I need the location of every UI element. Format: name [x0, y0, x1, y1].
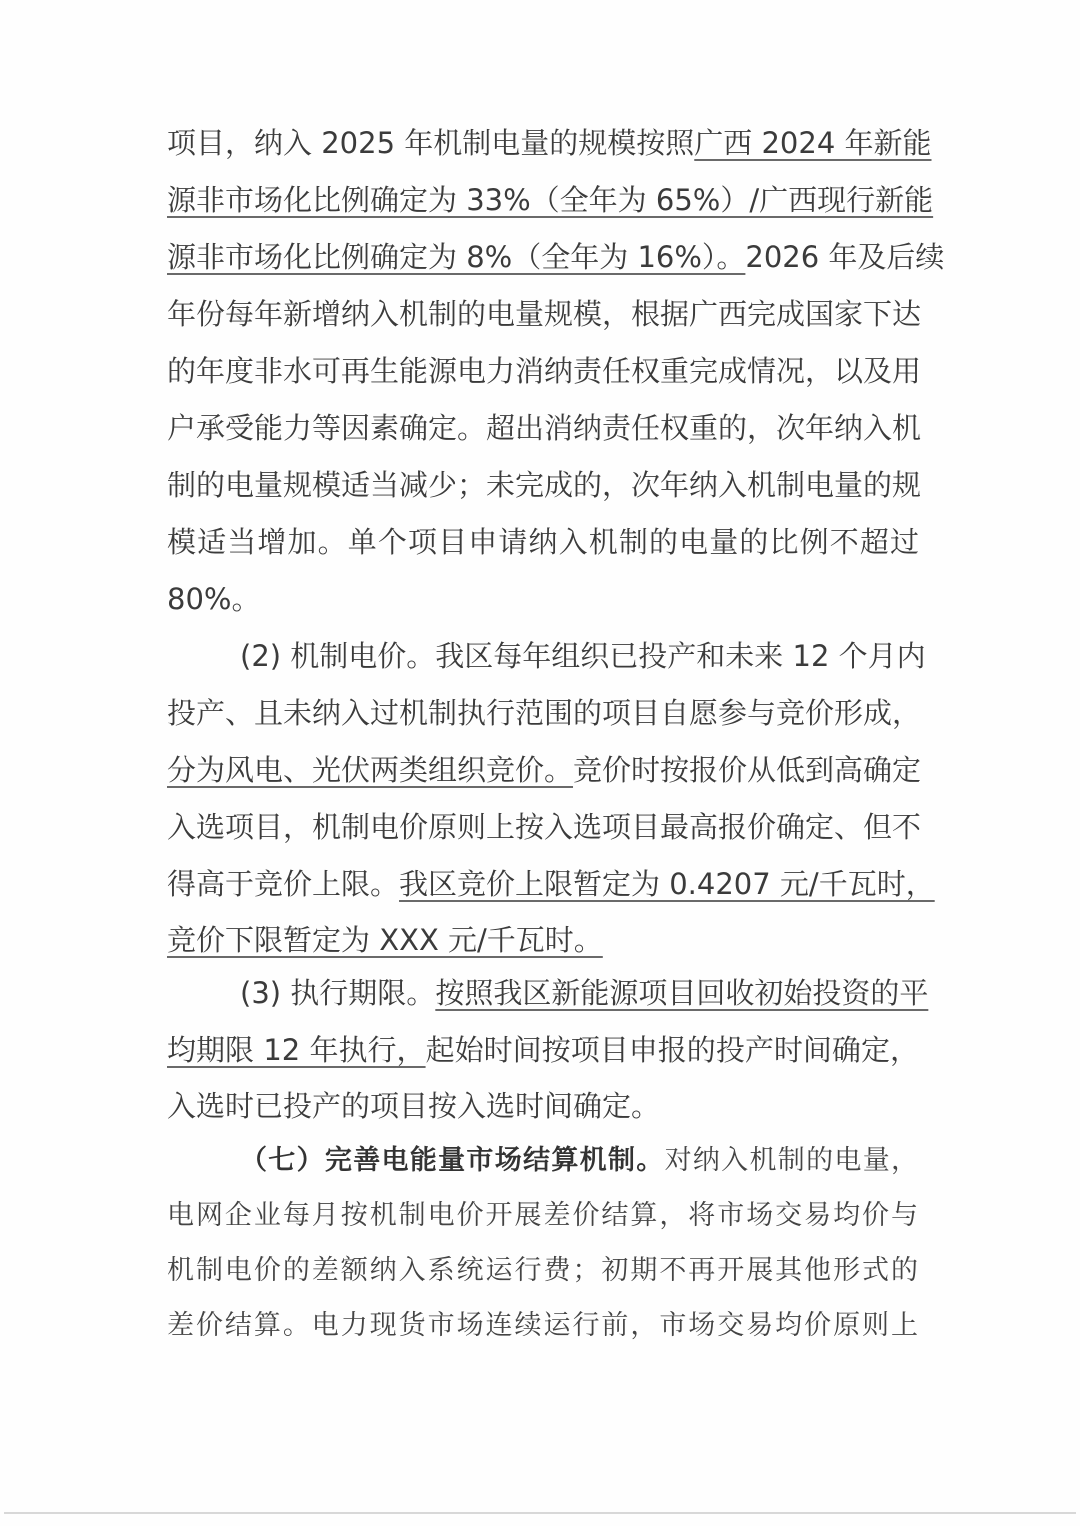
text-segment: 2026 年及后续 — [745, 240, 944, 274]
text-segment: 竞价时按报价从低到高确定 — [573, 753, 921, 787]
text-line-7: 制的电量规模适当减少；未完成的，次年纳入机制电量的规 — [167, 465, 919, 505]
underlined-text: 广西 2024 年新能 — [694, 126, 931, 160]
text-segment: (3) 执行期限。 — [240, 976, 435, 1010]
text-segment: 机制电价的差额纳入系统运行费；初期不再开展其他形式的 — [167, 1255, 919, 1286]
underlined-text: 均期限 12 年执行， — [167, 1033, 426, 1067]
text-line-17: 均期限 12 年执行，起始时间按项目申报的投产时间确定， — [167, 1030, 919, 1070]
text-line-2: 源非市场化比例确定为 33%（全年为 65%）/广西现行新能 — [167, 180, 919, 220]
text-line-11: 投产、且未纳入过机制执行范围的项目自愿参与竞价形成， — [167, 693, 919, 733]
text-line-3: 源非市场化比例确定为 8%（全年为 16%）。2026 年及后续 — [167, 237, 919, 277]
text-segment: 模适当增加。单个项目申请纳入机制的电量的比例不超过 — [167, 525, 919, 559]
text-line-22: 差价结算。电力现货市场连续运行前，市场交易均价原则上 — [167, 1306, 919, 1346]
text-line-9: 80%。 — [167, 579, 919, 619]
text-segment: 户承受能力等因素确定。超出消纳责任权重的，次年纳入机 — [167, 411, 921, 445]
text-line-15: 竞价下限暂定为 XXX 元/千瓦时。 — [167, 920, 919, 960]
section-3-heading-line: (3) 执行期限。按照我区新能源项目回收初始投资的平 — [240, 973, 919, 1013]
section-heading: （七）完善电能量市场结算机制。 — [240, 1145, 665, 1176]
text-segment: 起始时间按项目申报的投产时间确定， — [426, 1033, 919, 1067]
text-segment: 项目，纳入 2025 年机制电量的规模按照 — [167, 126, 694, 160]
underlined-text: 按照我区新能源项目回收初始投资的平 — [435, 976, 928, 1010]
text-segment: (2) 机制电价。我区每年组织已投产和未来 12 个月内 — [240, 639, 926, 673]
document-page: 项目，纳入 2025 年机制电量的规模按照广西 2024 年新能 源非市场化比例… — [0, 0, 1080, 1526]
text-segment: 对纳入机制的电量， — [665, 1145, 919, 1176]
underlined-text: 竞价下限暂定为 XXX 元/千瓦时。 — [167, 923, 603, 957]
text-segment: 得高于竞价上限。 — [167, 867, 399, 901]
underlined-text: 源非市场化比例确定为 8%（全年为 16%）。 — [167, 240, 745, 274]
text-line-6: 户承受能力等因素确定。超出消纳责任权重的，次年纳入机 — [167, 408, 919, 448]
text-segment: 投产、且未纳入过机制执行范围的项目自愿参与竞价形成， — [167, 696, 921, 730]
text-line-21: 机制电价的差额纳入系统运行费；初期不再开展其他形式的 — [167, 1251, 919, 1291]
text-segment: 的年度非水可再生能源电力消纳责任权重完成情况，以及用 — [167, 354, 921, 388]
underlined-text: 源非市场化比例确定为 33%（全年为 65%）/广西现行新能 — [167, 183, 933, 217]
text-line-12: 分为风电、光伏两类组织竞价。竞价时按报价从低到高确定 — [167, 750, 919, 790]
text-line-13: 入选项目，机制电价原则上按入选项目最高报价确定、但不 — [167, 807, 919, 847]
text-segment: 入选时已投产的项目按入选时间确定。 — [167, 1089, 660, 1123]
text-segment: 差价结算。电力现货市场连续运行前，市场交易均价原则上 — [167, 1310, 919, 1341]
underlined-text: 我区竞价上限暂定为 0.4207 元/千瓦时， — [399, 867, 935, 901]
page-bottom-edge — [4, 1512, 1076, 1514]
underlined-text: 分为风电、光伏两类组织竞价。 — [167, 753, 573, 787]
text-segment: 80%。 — [167, 582, 260, 616]
text-line-18: 入选时已投产的项目按入选时间确定。 — [167, 1086, 919, 1126]
text-line-14: 得高于竞价上限。我区竞价上限暂定为 0.4207 元/千瓦时， — [167, 864, 919, 904]
text-line-1: 项目，纳入 2025 年机制电量的规模按照广西 2024 年新能 — [167, 123, 919, 163]
text-segment: 制的电量规模适当减少；未完成的，次年纳入机制电量的规 — [167, 468, 921, 502]
section-2-heading-line: (2) 机制电价。我区每年组织已投产和未来 12 个月内 — [240, 636, 919, 676]
section-7-heading-line: （七）完善电能量市场结算机制。对纳入机制的电量， — [240, 1141, 919, 1181]
text-line-5: 的年度非水可再生能源电力消纳责任权重完成情况，以及用 — [167, 351, 919, 391]
text-line-4: 年份每年新增纳入机制的电量规模，根据广西完成国家下达 — [167, 294, 919, 334]
text-segment: 年份每年新增纳入机制的电量规模，根据广西完成国家下达 — [167, 297, 921, 331]
text-segment: 电网企业每月按机制电价开展差价结算，将市场交易均价与 — [167, 1200, 919, 1231]
text-segment: 入选项目，机制电价原则上按入选项目最高报价确定、但不 — [167, 810, 921, 844]
text-line-8: 模适当增加。单个项目申请纳入机制的电量的比例不超过 — [167, 522, 919, 562]
text-line-20: 电网企业每月按机制电价开展差价结算，将市场交易均价与 — [167, 1196, 919, 1236]
